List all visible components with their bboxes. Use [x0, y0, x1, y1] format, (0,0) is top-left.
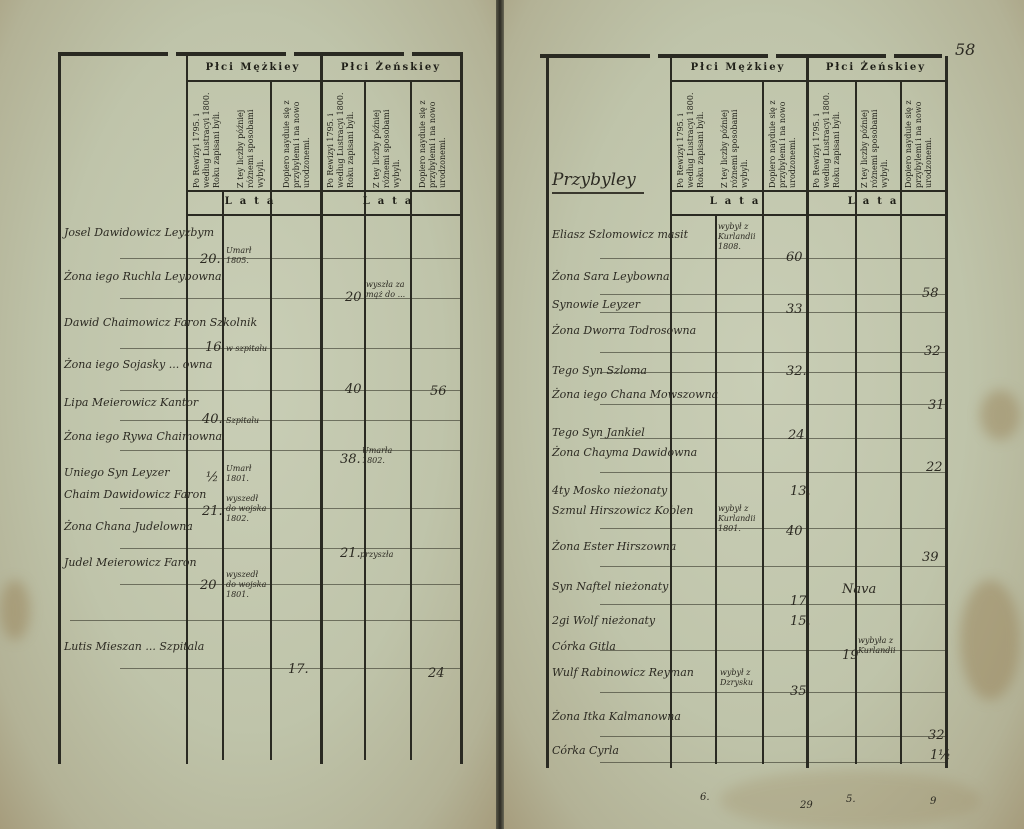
entry-name: Tego Syn Jankiel: [552, 426, 645, 439]
header-divider: [186, 80, 462, 82]
row-line: [600, 692, 945, 693]
row-line: [120, 508, 460, 509]
row-line: [600, 372, 945, 373]
water-stain: [980, 390, 1020, 440]
entry-age: 39: [922, 550, 939, 565]
lata-label-male: Lata: [188, 196, 318, 207]
entry-age: ½: [206, 470, 219, 485]
entry-name: Judel Meierowicz Faron: [64, 556, 197, 569]
entry-note: wybył z Dzrysku: [720, 668, 762, 688]
row-line: [600, 762, 945, 763]
entry-age: 20: [200, 578, 217, 593]
entry-age: 20: [345, 290, 362, 305]
row-line: [600, 604, 945, 605]
entry-age: 16: [205, 340, 222, 355]
entry-name: Lipa Meierowicz Kantor: [64, 396, 198, 409]
entry-age: 1½: [930, 748, 951, 763]
entry-age: 13.: [790, 484, 811, 499]
col-divider: [806, 56, 809, 768]
entry-age: 38.: [340, 452, 361, 467]
table-left-border: [58, 54, 61, 764]
table-left-border: [546, 56, 549, 768]
entry-name: Żona iego Sojasky ... owna: [64, 358, 212, 371]
entry-name: Żona iego Rywa Chaimowna: [64, 430, 222, 443]
header-col-departed: Z tey liczby później różnemi sposobami w…: [372, 84, 406, 188]
entry-age: 17: [790, 594, 807, 609]
entry-name: Tego Syn Szloma: [552, 364, 647, 377]
entry-age: 21.: [202, 504, 223, 519]
entry-age: 32: [924, 344, 941, 359]
header-col-departed: Z tey liczby później różnemi sposobami w…: [236, 84, 266, 188]
entry-name: Żona Chana Judelowna: [64, 520, 193, 533]
folio-number: 58: [955, 40, 975, 59]
entry-name: Eliasz Szlomowicz masit: [552, 228, 688, 241]
lata-label-female: Lata: [322, 196, 460, 207]
col-divider: [715, 216, 717, 764]
header-col-revision: Po Rewizyi 1795. i według Lustracyi 1800…: [326, 84, 360, 188]
footer-mark: 29: [800, 800, 813, 811]
entry-note: Umarła 1802.: [362, 446, 410, 466]
col-divider: [186, 54, 188, 764]
entry-name: Żona Sara Leybowna: [552, 270, 670, 283]
entry-age: 15.: [790, 614, 811, 629]
entry-age: 40: [786, 524, 803, 539]
header-col-departed: Z tey liczby później różnemi sposobami w…: [860, 84, 898, 188]
row-line: [600, 352, 945, 353]
entry-age: 40.: [202, 412, 223, 427]
table-top-border: [540, 54, 942, 58]
table-right-border: [945, 56, 948, 768]
header-col-revision: Po Rewizyi 1795. i według Lustracyi 1800…: [192, 84, 222, 188]
entry-age: 56: [430, 384, 447, 399]
entry-note: przyszła: [360, 550, 393, 560]
row-line: [120, 420, 460, 421]
row-line: [120, 258, 460, 259]
header-col-revision: Po Rewizyi 1795. i według Lustracyi 1800…: [676, 84, 712, 188]
header-divider: [186, 214, 462, 216]
entry-note: Umarł 1801.: [226, 464, 270, 484]
entry-name: Lutis Mieszan ... Szpitala: [64, 640, 204, 653]
lata-label-male: Lata: [672, 196, 804, 207]
entry-note: wyszła za mąż do ...: [366, 280, 410, 300]
header-col-revision: Po Rewizyi 1795. i według Lustracyi 1800…: [812, 84, 852, 188]
entry-note: wybył z Kurlandii 1801.: [718, 504, 762, 534]
entry-age: 22: [926, 460, 943, 475]
col-divider: [320, 54, 323, 764]
row-line: [600, 566, 945, 567]
entry-age: 31: [928, 398, 945, 413]
entry-name: Dawid Chaimowicz Faron Szkolnik: [64, 316, 257, 329]
entry-name: Żona Itka Kalmanowna: [552, 710, 681, 723]
header-col-present: Dopiero nayduie się z przybylemi i na no…: [282, 84, 316, 188]
row-line: [600, 438, 945, 439]
entry-age: 21.: [340, 546, 361, 561]
entry-age: 32.: [786, 364, 807, 379]
section-heading: Przybyley: [552, 170, 644, 194]
header-divider: [670, 214, 947, 216]
table-top-border: [58, 52, 463, 56]
col-divider: [900, 80, 902, 764]
header-divider: [670, 80, 947, 82]
header-female: Płci Żeńskiey: [322, 62, 460, 73]
entry-name: Córka Gitla: [552, 640, 616, 653]
entry-age: 40: [345, 382, 362, 397]
entry-note: w szpitalu: [226, 344, 270, 354]
table-right-border: [460, 54, 463, 764]
entry-name: Żona Ester Hirszowna: [552, 540, 676, 553]
header-male: Płci Mężkiey: [188, 62, 318, 73]
col-divider: [222, 190, 224, 760]
lata-label-female: Lata: [808, 196, 944, 207]
footer-mark: 6.: [700, 792, 710, 803]
entry-age: 17.: [288, 662, 309, 677]
water-stain: [960, 580, 1020, 700]
row-line: [600, 472, 945, 473]
entry-name: Josel Dawidowicz Leyzbym: [64, 226, 214, 239]
col-divider: [762, 80, 764, 764]
water-stain: [0, 580, 30, 640]
row-line: [120, 348, 460, 349]
footer-mark: 5.: [846, 794, 856, 805]
book-gutter: [496, 0, 504, 829]
entry-age: 58: [922, 286, 939, 301]
entry-name: Wulf Rabinowicz Reyman: [552, 666, 694, 679]
entry-note: Nava: [842, 582, 876, 597]
row-line: [600, 312, 945, 313]
row-line: [70, 620, 460, 621]
entry-age: 20.: [200, 252, 221, 267]
entry-age: 19: [842, 648, 859, 663]
header-col-present: Dopiero nayduie się z przybylemi i na no…: [768, 84, 804, 188]
entry-name: Żona Chayma Dawidowna: [552, 446, 697, 459]
entry-age: 33: [786, 302, 803, 317]
entry-name: 4ty Mosko nieżonaty: [552, 484, 667, 497]
header-divider: [670, 190, 947, 192]
row-line: [120, 548, 460, 549]
header-divider: [186, 190, 462, 192]
entry-age: 32: [928, 728, 945, 743]
entry-name: Córka Cyrla: [552, 744, 619, 757]
header-female: Płci Żeńskiey: [808, 62, 944, 73]
entry-name: Syn Naftel nieżonaty: [552, 580, 668, 593]
entry-name: Żona iego Chana Mowszowna: [552, 388, 718, 401]
row-line: [600, 294, 945, 295]
entry-name: Żona Dworra Todrosowna: [552, 324, 696, 337]
entry-age: 35: [790, 684, 807, 699]
row-line: [600, 404, 945, 405]
entry-note: wybyła z Kurlandii: [858, 636, 900, 656]
entry-age: 24: [428, 666, 445, 681]
header-male: Płci Mężkiey: [672, 62, 804, 73]
entry-note: Umarł 1805.: [226, 246, 270, 266]
header-col-present: Dopiero nayduie się z przybylemi i na no…: [904, 84, 942, 188]
entry-note: wyszedł do wojska 1801.: [226, 570, 270, 600]
entry-note: wybył z Kurlandii 1808.: [718, 222, 762, 252]
entry-note: Szpitalu: [226, 416, 270, 426]
footer-mark: 9: [930, 796, 936, 807]
row-line: [600, 258, 945, 259]
entry-name: Synowie Leyzer: [552, 298, 640, 311]
header-col-present: Dopiero nayduie się z przybylemi i na no…: [418, 84, 456, 188]
row-line: [120, 390, 460, 391]
row-line: [600, 736, 945, 737]
entry-note: wyszedł do wojska 1802.: [226, 494, 270, 524]
entry-name: Żona iego Ruchla Leybowna: [64, 270, 222, 283]
header-col-departed: Z tey liczby później różnemi sposobami w…: [720, 84, 758, 188]
entry-age: 60: [786, 250, 803, 265]
row-line: [600, 528, 945, 529]
entry-name: Szmul Hirszowicz Koblen: [552, 504, 693, 517]
col-divider: [670, 56, 672, 768]
entry-name: Chaim Dawidowicz Faron: [64, 488, 206, 501]
row-line: [120, 584, 460, 585]
entry-name: 2gi Wolf nieżonaty: [552, 614, 655, 627]
entry-age: 24: [788, 428, 805, 443]
entry-name: Uniego Syn Leyzer: [64, 466, 169, 479]
